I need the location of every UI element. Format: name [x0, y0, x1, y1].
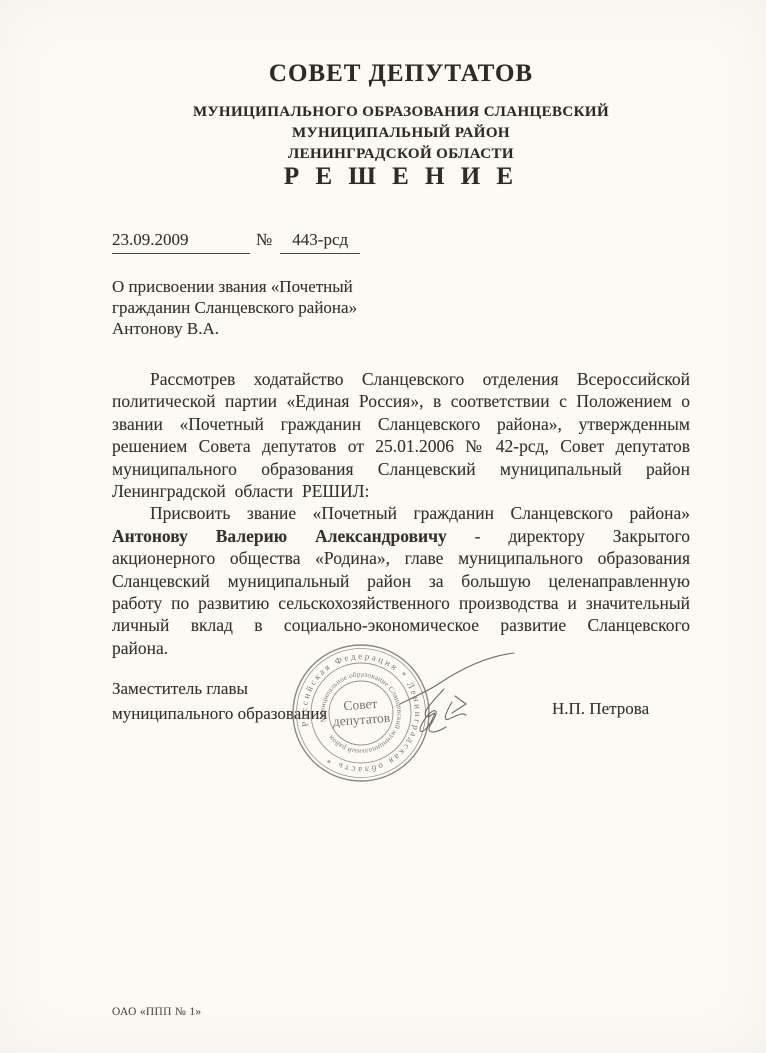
printer-mark: ОАО «ППП № 1» — [112, 1006, 201, 1018]
handwritten-signature — [392, 644, 524, 746]
document-subject: О присвоении звания «Почетный гражданин … — [112, 276, 432, 339]
stamp-center-line2: депутатов — [332, 710, 390, 729]
document-meta-line: 23.09.2009№443-рсд — [112, 230, 690, 254]
scanned-document-page: СОВЕТ ДЕПУТАТОВ МУНИЦИПАЛЬНОГО ОБРАЗОВАН… — [0, 0, 766, 1053]
document-type-title: Р Е Ш Е Н И Е — [112, 163, 690, 191]
document-body: Рассмотрев ходатайство Сланцевского отде… — [112, 368, 690, 659]
organization-subtitle-line2: ЛЕНИНГРАДСКОЙ ОБЛАСТИ — [112, 144, 690, 165]
paragraph2-honoree-name: Антонову Валерию Александровичу — [112, 526, 447, 546]
signatory-name: Н.П. Петрова — [552, 699, 649, 719]
subject-line1: О присвоении звания «Почетный — [112, 276, 432, 297]
organization-title: СОВЕТ ДЕПУТАТОВ — [112, 60, 690, 88]
number-sign: № — [256, 230, 272, 249]
signature-flourish-stroke — [420, 689, 446, 732]
subject-line2: гражданин Сланцевского района» — [112, 297, 432, 318]
organization-subtitle: МУНИЦИПАЛЬНОГО ОБРАЗОВАНИЯ СЛАНЦЕВСКИЙ М… — [112, 102, 690, 165]
signature-long-stroke — [400, 653, 514, 704]
document-date: 23.09.2009 — [112, 230, 250, 254]
organization-subtitle-line1: МУНИЦИПАЛЬНОГО ОБРАЗОВАНИЯ СЛАНЦЕВСКИЙ М… — [112, 102, 690, 144]
subject-line3: Антонову В.А. — [112, 318, 432, 339]
body-paragraph-1: Рассмотрев ходатайство Сланцевского отде… — [112, 368, 690, 502]
signature-zigzag-stroke — [452, 696, 466, 713]
body-paragraph-2: Присвоить звание «Почетный гражданин Сла… — [112, 502, 690, 659]
document-number: 443-рсд — [280, 230, 360, 254]
paragraph2-lead: Присвоить звание «Почетный гражданин Сла… — [150, 503, 690, 523]
